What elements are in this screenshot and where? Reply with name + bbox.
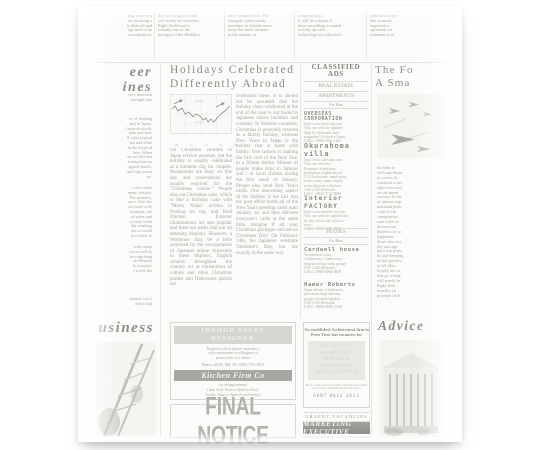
newspaper-page: ring your own on choosing a is difficult… <box>78 6 462 442</box>
classified-listing: Hamer Roberts Super deluxe, 4 bedrooms, … <box>304 282 368 310</box>
indoor-sales-ad-phone: Please call Mr. Bill, Tel : 0082-7351-93… <box>171 363 295 367</box>
column-rule-left <box>160 64 161 436</box>
left-column-headline: eer ines <box>92 66 152 95</box>
architect-ad-positions: GRADUATE ARCHITECTS INTERIOR DESIGNERS D… <box>308 341 365 380</box>
chart-ref-label-upper: 130.00 <box>194 100 203 104</box>
article-column-1: On Christmas children in Japan receive p… <box>170 148 232 316</box>
listing-details: http://www.wll-haats.com Visit our web s… <box>304 158 368 192</box>
listing-name: Okurahoma villa <box>304 142 368 158</box>
architect-ad-line-2: Peter Firm has vacancies for <box>304 332 369 337</box>
indoor-sales-ad-body: Required with at indoor experience, only… <box>171 347 295 360</box>
strip-rule-3 <box>294 10 295 60</box>
business-photo <box>96 342 156 436</box>
left-column-block-5: famous for is mfort and <box>96 297 152 307</box>
listing-details: http://www.force-jap.com Visit our web s… <box>304 122 368 139</box>
classified-for-rent-2: For Rent <box>304 237 368 245</box>
classified-listing: Interior FACTORY http://www.interior-fct… <box>304 194 368 232</box>
chart-tick: 22 <box>204 143 207 147</box>
left-column-block-2: er of vending and in Japan. l non-alcoho… <box>96 117 152 179</box>
classified-listing: Okurahoma villa http://www.wll-haats.com… <box>304 142 368 197</box>
business-headline: usiness <box>88 320 154 337</box>
classified-listing: Cardwell house Tremendous value, 4 bedro… <box>304 247 368 275</box>
indoor-sales-ad-header: INDOOR SALES DESIGNER <box>174 326 292 344</box>
listing-call: CALL : 0094-1188-11-88 <box>304 305 368 310</box>
chart-tick: 20 <box>175 143 178 147</box>
listing-name: OVERSEAS CORPORATION <box>304 112 368 122</box>
architect-ad-fax: 0087 8612 2613 <box>304 394 369 399</box>
classified-header: CLASSIFIED ADS <box>304 64 368 79</box>
left-column-block-3: s also other many visitors. For instance… <box>96 186 152 239</box>
marketing-executive-sub: Marketing background preferred with basi… <box>303 435 370 439</box>
classified-for-rent-1: For Rent <box>304 101 368 109</box>
classified-listing: OVERSEAS CORPORATION http://www.force-ja… <box>304 112 368 144</box>
top-strip-col-2: that go a long way and will surely be re… <box>158 14 222 38</box>
right-column-headline: The Fo A Sma <box>375 64 455 90</box>
article-chart: 130.00 125.00 20 21 22 23 24 <box>170 94 232 146</box>
top-strip-col-1: ring your own on choosing a is difficult… <box>96 14 152 38</box>
architect-ad-note: Please send your full resume with expect… <box>304 384 369 392</box>
chart-ref-label-lower: 125.00 <box>194 121 203 125</box>
left-column-block-1: very direction strength into <box>96 93 152 103</box>
chart-tick: 23 <box>219 143 222 147</box>
chart-x-ticks: 20 21 22 23 24 <box>170 143 242 147</box>
newspaper-photo: ring your own on choosing a is difficult… <box>0 0 540 450</box>
advice-headline: Advice <box>378 318 448 334</box>
column-rule-mid <box>300 64 301 318</box>
listing-details: Super deluxe, 4 bedrooms, plus mom, huge… <box>304 288 368 305</box>
section-divider <box>94 62 448 63</box>
column-rule-right <box>371 64 372 436</box>
listing-details: Tremendous value, 4 bedrooms, 3 bathroom… <box>304 253 368 270</box>
kitchen-firm-band: Kitchen Firm Co <box>174 370 292 381</box>
final-notice-box: FINAL NOTICE <box>170 404 296 438</box>
final-notice-text: FINAL NOTICE <box>178 392 287 450</box>
right-column-body: In order to with any busin or career ch … <box>377 166 447 298</box>
building-photo <box>380 340 442 438</box>
airplanes-photo <box>377 94 445 158</box>
marketing-executive-band: MARKETING EXECUTIVE <box>303 422 370 434</box>
strip-rule-1 <box>154 10 155 60</box>
listing-details: http://www.interior-fct.com Visit our we… <box>304 210 368 227</box>
chart-tick: 21 <box>190 143 193 147</box>
listing-name: Interior FACTORY <box>304 194 368 210</box>
article-column-2: celebrated these. It is should not be as… <box>236 94 298 316</box>
left-column-block-4: with many wn as well as be surprising in… <box>96 245 152 274</box>
listing-call: CALL : 0082-4064-9838 <box>304 270 368 275</box>
top-strip-col-4: frequent basis. It will be a shame if th… <box>298 14 362 38</box>
indoor-sales-ad: INDOOR SALES DESIGNER Required with at i… <box>170 322 296 400</box>
architect-ad: An established Architectural firm in Pet… <box>303 322 370 408</box>
top-strip-col-5: behaviour in pu that in mind, surprised … <box>370 14 434 38</box>
strip-rule-2 <box>224 10 225 60</box>
top-strip-col-3: once retained from. For example, when fa… <box>228 14 292 38</box>
strip-rule-4 <box>366 10 367 60</box>
article-headline: Holidays Celebrated Differently Abroad <box>170 64 302 91</box>
indoor-sales-ad-sub: for an appointment <box>171 383 295 387</box>
page-content: ring your own on choosing a is difficult… <box>78 6 462 442</box>
